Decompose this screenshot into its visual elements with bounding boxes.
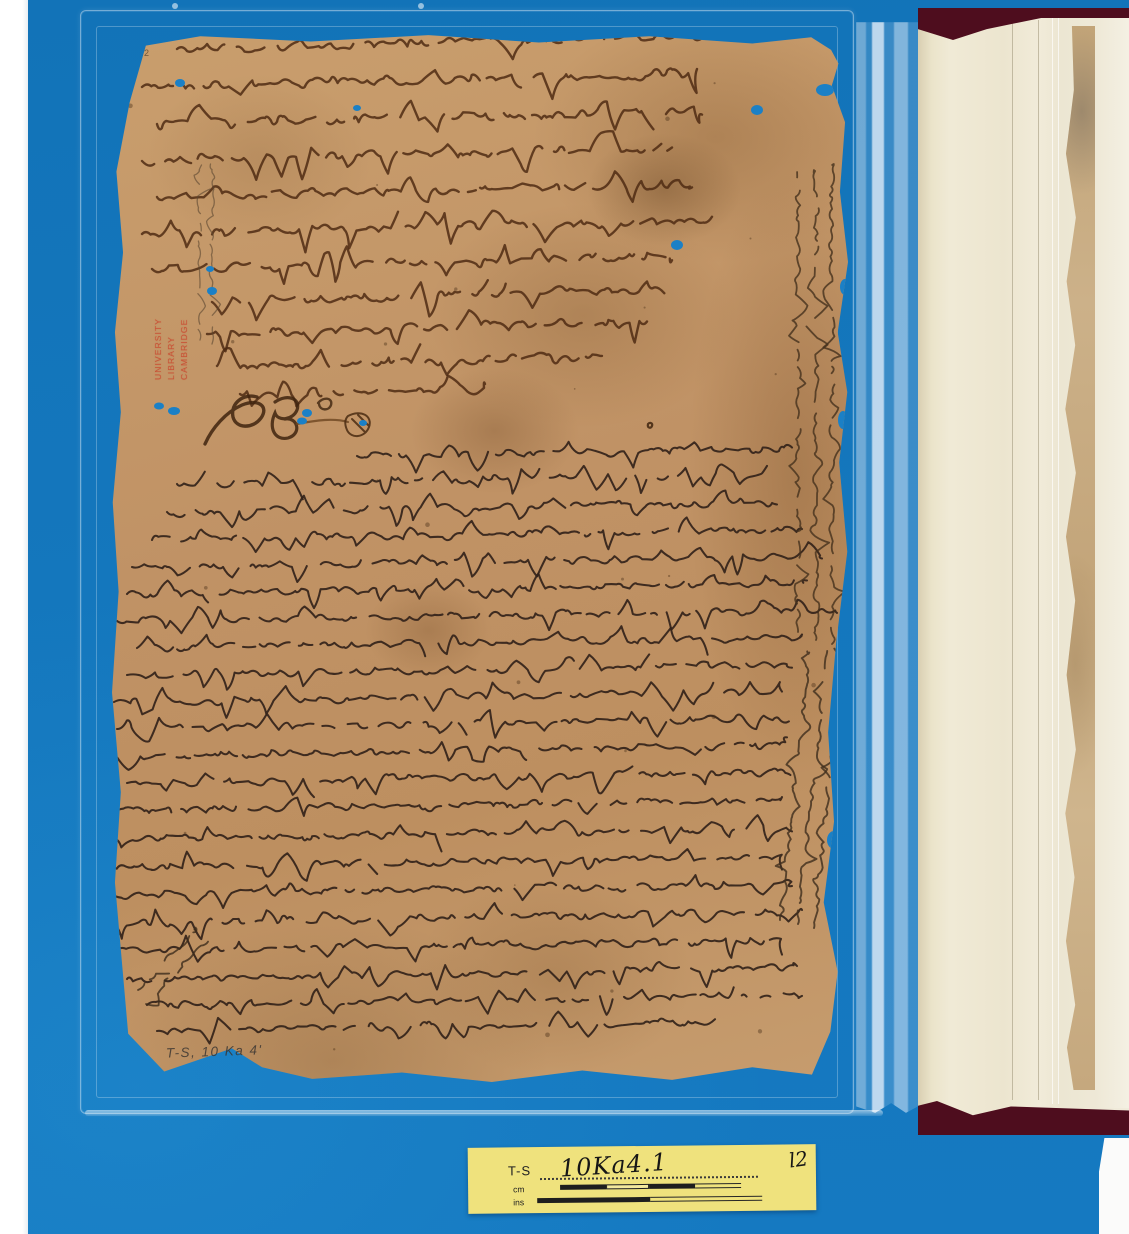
ins-scale-segment (537, 1197, 650, 1203)
page-crease-line (1038, 20, 1039, 1100)
folio-number: 2 (144, 48, 149, 58)
label-suffix: l2 (787, 1146, 809, 1172)
cm-scale-segment (649, 1183, 695, 1188)
handwriting-layer (112, 32, 848, 1082)
stamp-line: UNIVERSITY (152, 294, 165, 380)
left-white-margin (0, 0, 28, 1234)
ins-scale-thin-line (650, 1196, 762, 1202)
page-stack-right-edge (1095, 8, 1129, 1108)
book-cover-top (918, 8, 1043, 40)
shelfmark-row: T-S 10Ka4.1 l2 (508, 1153, 810, 1182)
adjacent-fragment-edge (1062, 26, 1095, 1090)
page-glass-edge (1058, 18, 1059, 1104)
photographed-manuscript-scene: UNIVERSITY LIBRARY CAMBRIDGE 2 T-S, 10 K… (0, 0, 1129, 1234)
library-stamp: UNIVERSITY LIBRARY CAMBRIDGE (152, 294, 200, 380)
page-crease-line (1012, 20, 1013, 1100)
cm-scale-row: cm (513, 1181, 810, 1194)
bottom-right-white-wedge (1099, 1138, 1129, 1234)
glass-bottom-highlight (85, 1110, 883, 1116)
cm-scale-segment (606, 1184, 649, 1189)
scale-label: T-S 10Ka4.1 l2 cm ins (468, 1144, 817, 1214)
manuscript-fragment (112, 32, 848, 1082)
stamp-line: CAMBRIDGE (178, 294, 191, 380)
glass-fastener-dot (172, 3, 178, 9)
cm-scale-thin-line (695, 1183, 741, 1188)
glass-fastener-dot (418, 3, 424, 9)
label-prefix: T-S (508, 1163, 531, 1178)
ins-scale-row: ins (513, 1194, 810, 1207)
cm-scale-segment (560, 1184, 606, 1189)
ins-unit-label: ins (513, 1197, 524, 1207)
cm-unit-label: cm (513, 1184, 524, 1194)
page-glass-edge (1052, 18, 1053, 1104)
tissue-interleaf (856, 22, 920, 1114)
book-cover-top-strip (1036, 8, 1129, 18)
book-pages (918, 8, 1129, 1135)
stamp-line: LIBRARY (165, 294, 178, 380)
